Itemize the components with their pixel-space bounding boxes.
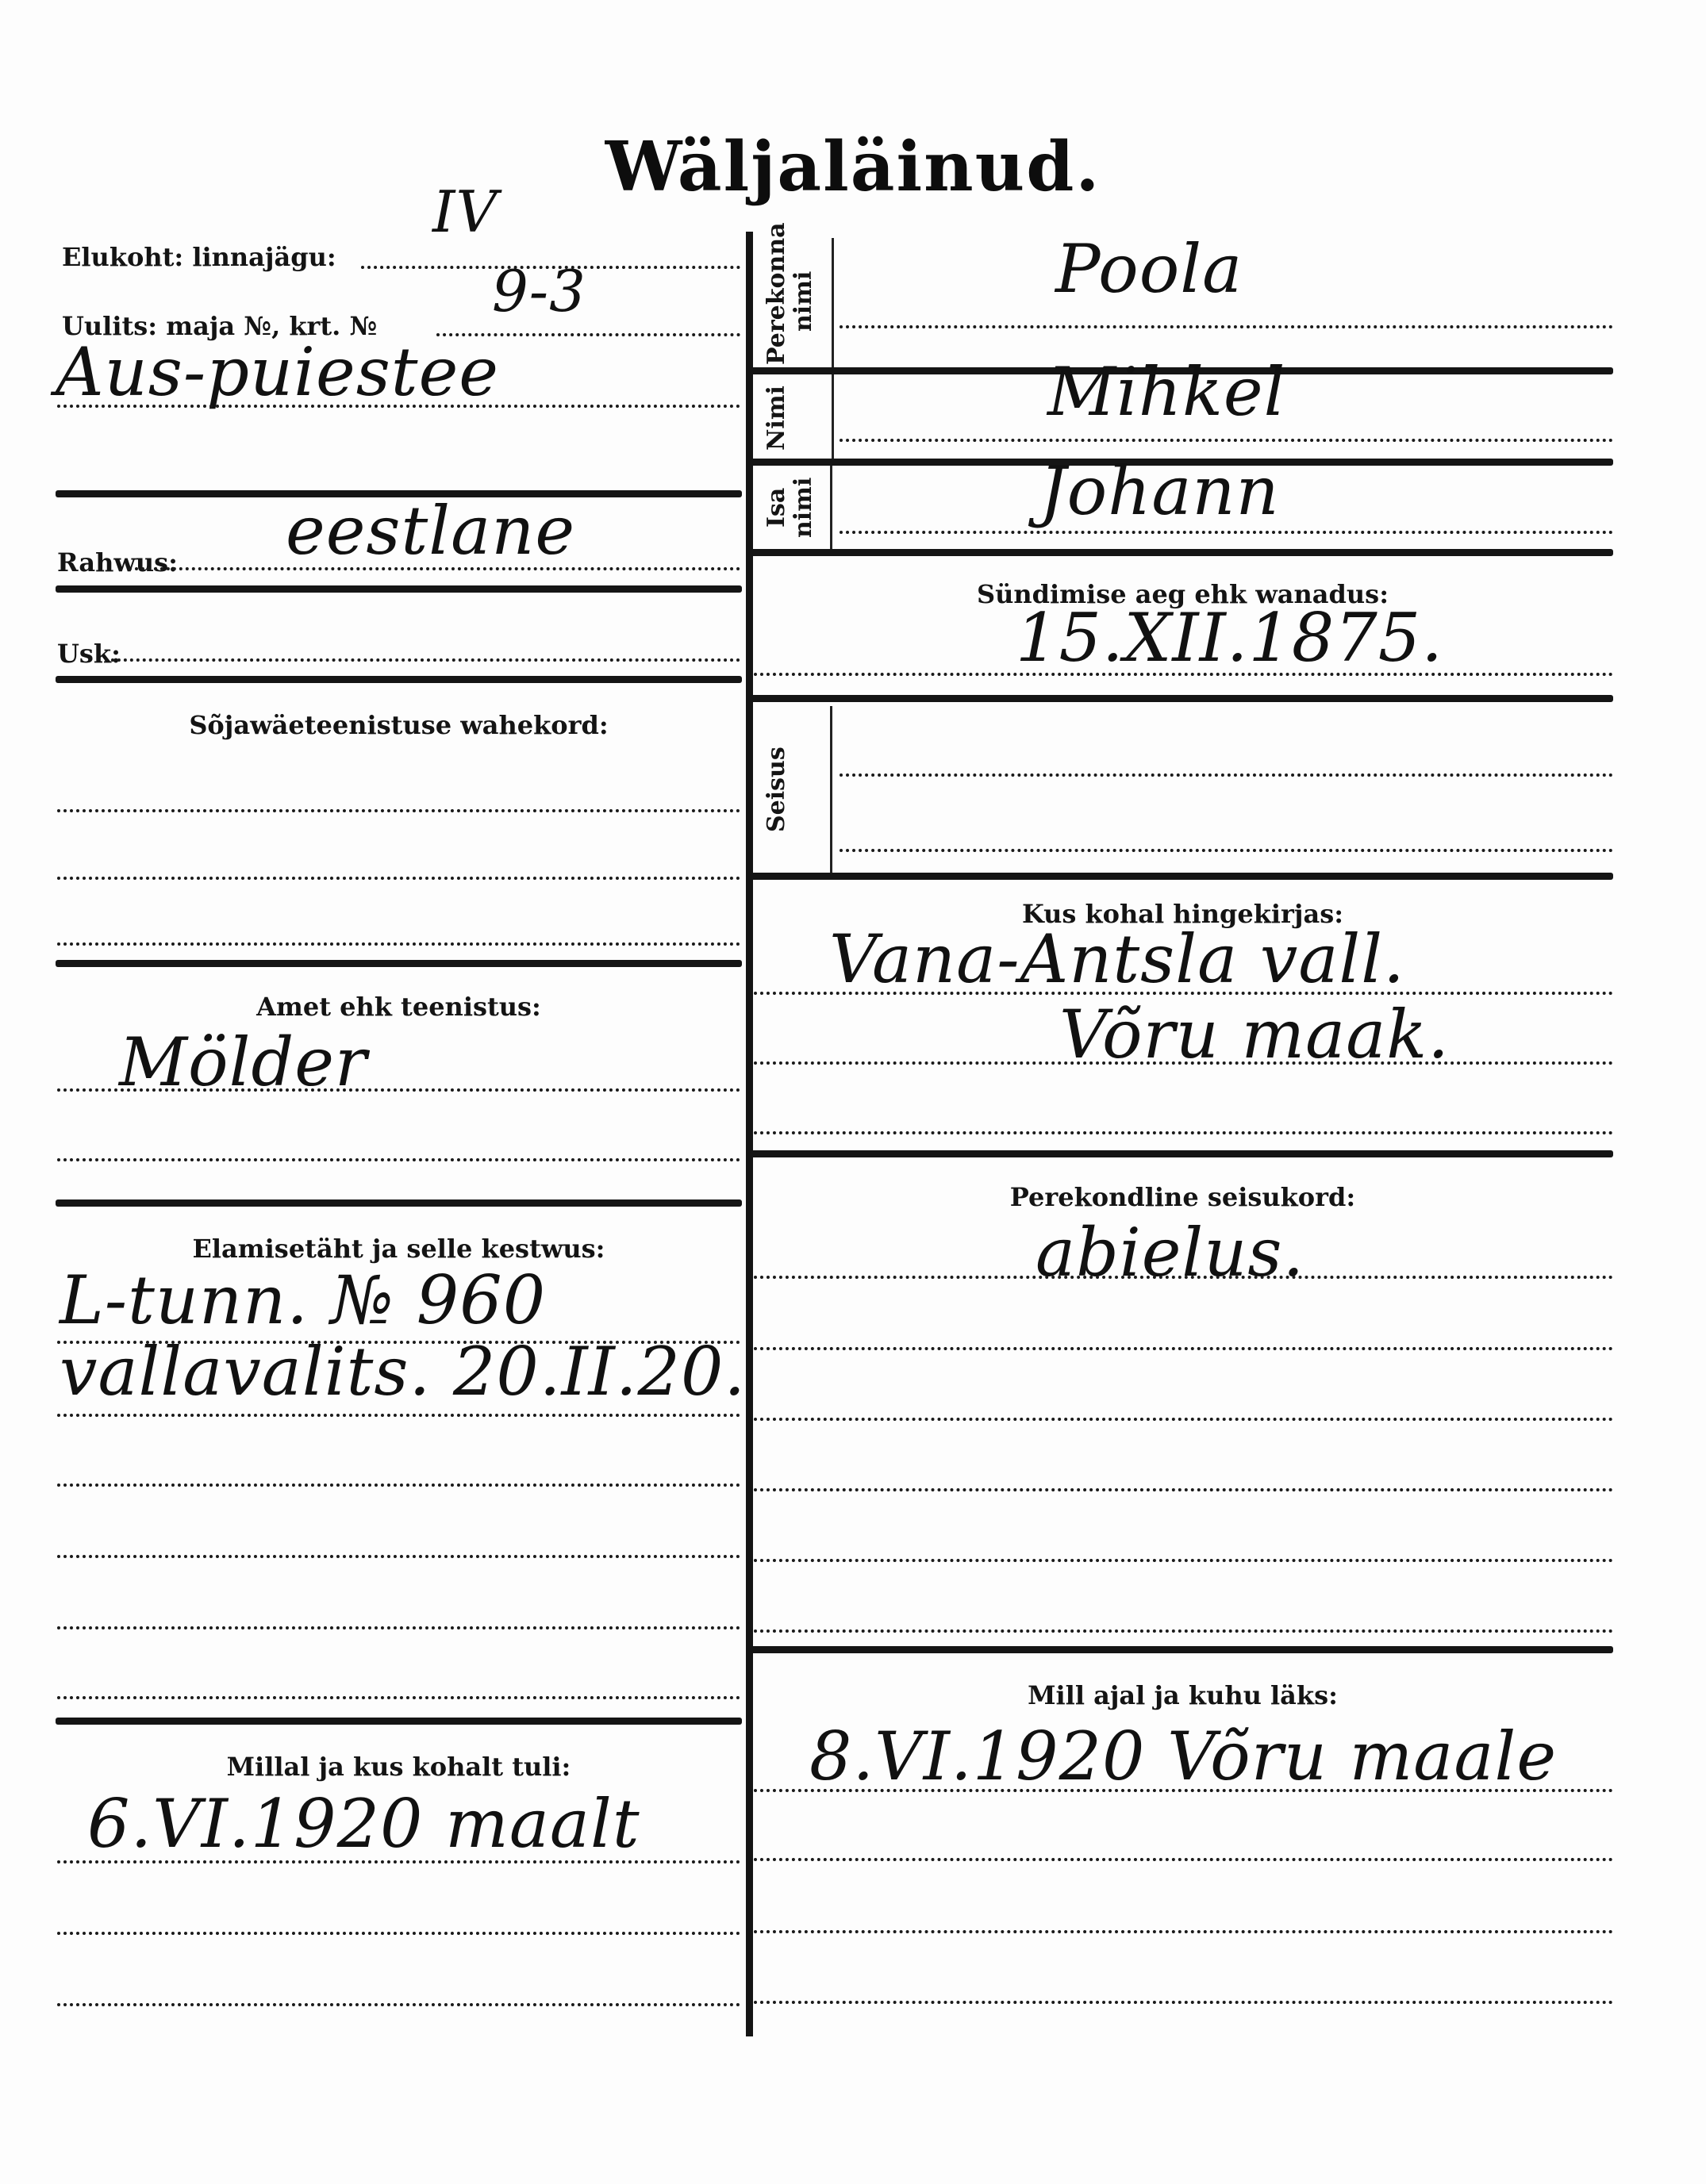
rahwus-label: Rahwus: — [57, 547, 178, 578]
section-rule — [750, 1646, 1613, 1653]
dotted-line — [754, 1930, 1613, 1933]
perekondline-value: abielus. — [1036, 1214, 1304, 1292]
dotted-line — [57, 2003, 740, 2006]
dotted-line — [754, 1276, 1613, 1279]
nimi-value: Mihkel — [1047, 353, 1285, 431]
uulits-street: Aus-puiestee — [56, 333, 499, 411]
label-divider — [830, 466, 832, 553]
dotted-line — [57, 809, 740, 812]
perekonna-value: Poola — [1055, 230, 1243, 308]
label-divider — [830, 706, 832, 873]
sundimise-value: 15.XII.1875. — [1016, 599, 1443, 677]
isa-value: Johann — [1039, 452, 1280, 530]
column-divider — [746, 232, 753, 2036]
section-rule — [56, 585, 742, 593]
dotted-line — [754, 1559, 1613, 1562]
section-rule — [56, 1718, 742, 1725]
rahwus-value: eestlane — [286, 492, 575, 570]
dotted-line — [57, 1555, 740, 1558]
dotted-line — [57, 1414, 740, 1417]
dotted-line — [840, 439, 1613, 442]
dotted-line — [754, 1131, 1613, 1134]
dotted-line — [754, 1488, 1613, 1491]
dotted-line — [57, 1932, 740, 1935]
dotted-line — [754, 1629, 1613, 1633]
nimi-label: Nimi — [763, 381, 827, 456]
dotted-line — [105, 658, 740, 662]
section-rule — [56, 676, 742, 683]
seisus-label: Seisus — [763, 714, 827, 865]
dotted-line — [754, 1061, 1613, 1065]
dotted-line — [57, 942, 740, 946]
usk-label: Usk: — [57, 639, 121, 669]
dotted-line — [840, 773, 1613, 777]
dotted-line — [840, 849, 1613, 852]
sojavae-label: Sõjawäeteenistuse wahekord: — [56, 710, 742, 740]
isa-label: Isa nimi — [763, 468, 827, 547]
millal-tuli-label: Millal ja kus kohalt tuli: — [56, 1752, 742, 1782]
dotted-line — [57, 1626, 740, 1629]
dotted-line — [57, 877, 740, 880]
section-rule — [750, 695, 1613, 702]
dotted-line — [57, 1484, 740, 1487]
dotted-line — [840, 531, 1613, 534]
hingekiri-line1: Vana-Antsla vall. — [829, 920, 1405, 998]
dotted-line — [57, 405, 740, 408]
section-rule — [750, 549, 1613, 556]
section-rule — [56, 1199, 742, 1207]
lahkus-value: 8.VI.1920 Võru maale — [809, 1718, 1557, 1795]
section-rule — [750, 873, 1613, 880]
dotted-line — [754, 2001, 1613, 2004]
dotted-line — [57, 1158, 740, 1161]
amet-label: Amet ehk teenistus: — [56, 992, 742, 1022]
elamis-line1: L-tunn. № 960 — [60, 1261, 546, 1339]
dotted-line — [57, 1860, 740, 1864]
lahkus-label: Mill ajal ja kuhu läks: — [752, 1680, 1613, 1710]
uulits-number: 9-3 — [492, 258, 586, 324]
elamis-label: Elamisetäht ja selle kestwus: — [56, 1234, 742, 1264]
section-rule — [750, 1150, 1613, 1157]
card-title: Wäljaläinud. — [0, 127, 1706, 207]
elukoht-label: Elukoht: linnajägu: — [62, 242, 336, 272]
dotted-line — [57, 1696, 740, 1699]
millal-tuli-value: 6.VI.1920 maalt — [87, 1785, 640, 1863]
label-divider — [832, 238, 834, 369]
dotted-line — [754, 1858, 1613, 1861]
registration-card: Wäljaläinud. Elukoht: linnajägu: IV Uuli… — [0, 0, 1706, 2184]
perekonna-label: Perekonna nimi — [763, 238, 827, 365]
elukoht-value: IV — [432, 178, 498, 245]
dotted-line — [754, 1418, 1613, 1421]
dotted-line — [754, 1789, 1613, 1792]
dotted-line — [754, 673, 1613, 676]
dotted-line — [57, 1088, 740, 1092]
dotted-line — [754, 1347, 1613, 1350]
dotted-line — [754, 992, 1613, 995]
label-divider — [832, 374, 834, 462]
section-rule — [56, 960, 742, 967]
dotted-line — [840, 325, 1613, 328]
perekondline-label: Perekondline seisukord: — [752, 1182, 1613, 1212]
elamis-line2: vallavalits. 20.II.20. — [60, 1333, 746, 1411]
